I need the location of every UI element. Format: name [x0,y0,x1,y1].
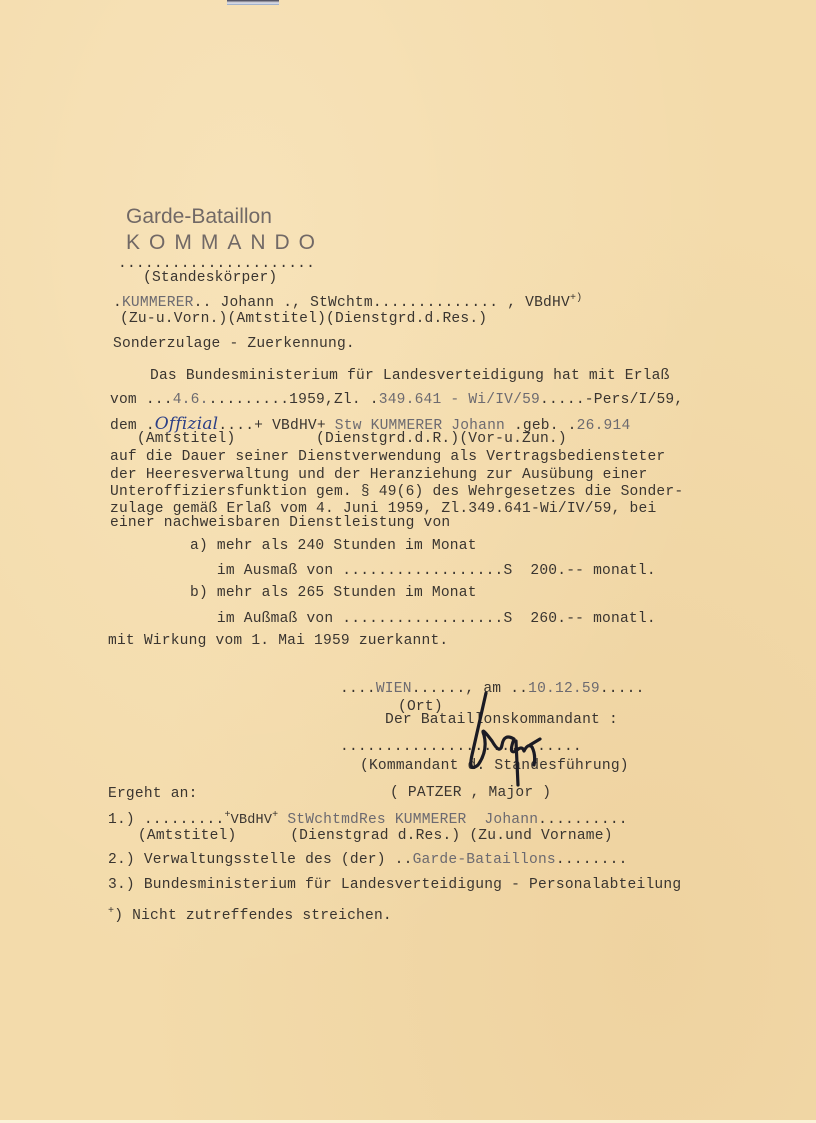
item-a-line-1: a) mehr als 240 Stunden im Monat [190,538,477,554]
text: vom ... [110,392,173,408]
footnote-mark: +) [570,293,582,304]
unit-label: (Standeskörper) [143,270,277,286]
admin-unit: Garde-Bataillons [413,852,556,868]
body-line-6: der Heeresverwaltung und der Heranziehun… [110,467,647,483]
rank: StWchtmdRes [278,812,394,828]
distribution-item-2: 2.) Verwaltungsstelle des (der) ..Garde-… [108,852,628,868]
document-page [0,0,816,1123]
text: .....-Pers/I/59, [540,392,683,408]
birth-date: 26.914 [577,418,631,434]
place: WIEN [376,681,412,697]
recipient-surname: KUMMERER [122,295,194,311]
distribution-item-1: 1.) .........+VBdHV+ StWchtmdRes KUMMERE… [108,810,628,828]
recipient-name: KUMMERER Johann [395,812,538,828]
subject-line: Sonderzulage - Zuerkennung. [113,336,355,352]
distribution-heading: Ergeht an: [108,786,198,802]
text: 2.) Verwaltungsstelle des (der) .. [108,852,413,868]
text: .... [340,681,376,697]
body-line-7: Unteroffiziersfunktion gem. § 49(6) des … [110,484,683,500]
item-a-line-2: im Ausmaß von ..................S 200.--… [190,563,656,579]
recipient-field-labels: (Zu-u.Vorn.)(Amtstitel)(Dienstgrd.d.Res.… [120,311,487,327]
recipient-rank: StWchtm [310,295,373,311]
unit-stamp-line1: Garde-Bataillon [126,205,272,229]
status-abbr: VBdHV [231,813,273,828]
distribution-item-1-labels: (Amtstitel) (Dienstgrad d.Res.) (Zu.und … [120,828,613,844]
text: ..... [600,681,645,697]
footnote: +) Nicht zutreffendes streichen. [108,906,392,924]
body-line-5: auf die Dauer seiner Dienstverwendung al… [110,449,665,465]
footnote-text: ) Nicht zutreffendes streichen. [114,908,392,924]
text: .........1959,Zl. . [209,392,379,408]
effective-date-line: mit Wirkung vom 1. Mai 1959 zuerkannt. [108,633,448,649]
paper-clip [227,0,279,5]
text: 1.) ......... [108,812,224,828]
body-line-1: Das Bundesministerium für Landesverteidi… [150,368,670,384]
body-line-2: vom ...4.6..........1959,Zl. .349.641 - … [110,392,683,408]
recipient-status: , VBdHV [507,295,570,311]
recipient-line: .KUMMERER.. Johann ., StWchtm...........… [113,293,582,311]
unit-stamp-line2: KOMMANDO [126,231,324,255]
decree-ref: 349.641 - Wi/IV/59 [379,392,540,408]
fill-dots: .............. [373,295,498,311]
item-b-line-2: im Außmaß von ..................S 260.--… [190,611,656,627]
fill-dots: .......... [538,812,628,828]
distribution-item-3: 3.) Bundesministerium für Landesverteidi… [108,877,681,893]
handwritten-signature [458,685,558,805]
body-field-labels: (Amtstitel) (Dienstgrd.d.R.)(Vor-u.Zun.) [110,431,567,447]
recipient-firstname: Johann [221,295,275,311]
item-b-line-1: b) mehr als 265 Stunden im Monat [190,585,477,601]
decree-date: 4.6. [173,392,209,408]
body-line-9: einer nachweisbaren Dienstleistung von [110,515,450,531]
fill-dots: ........ [556,852,628,868]
